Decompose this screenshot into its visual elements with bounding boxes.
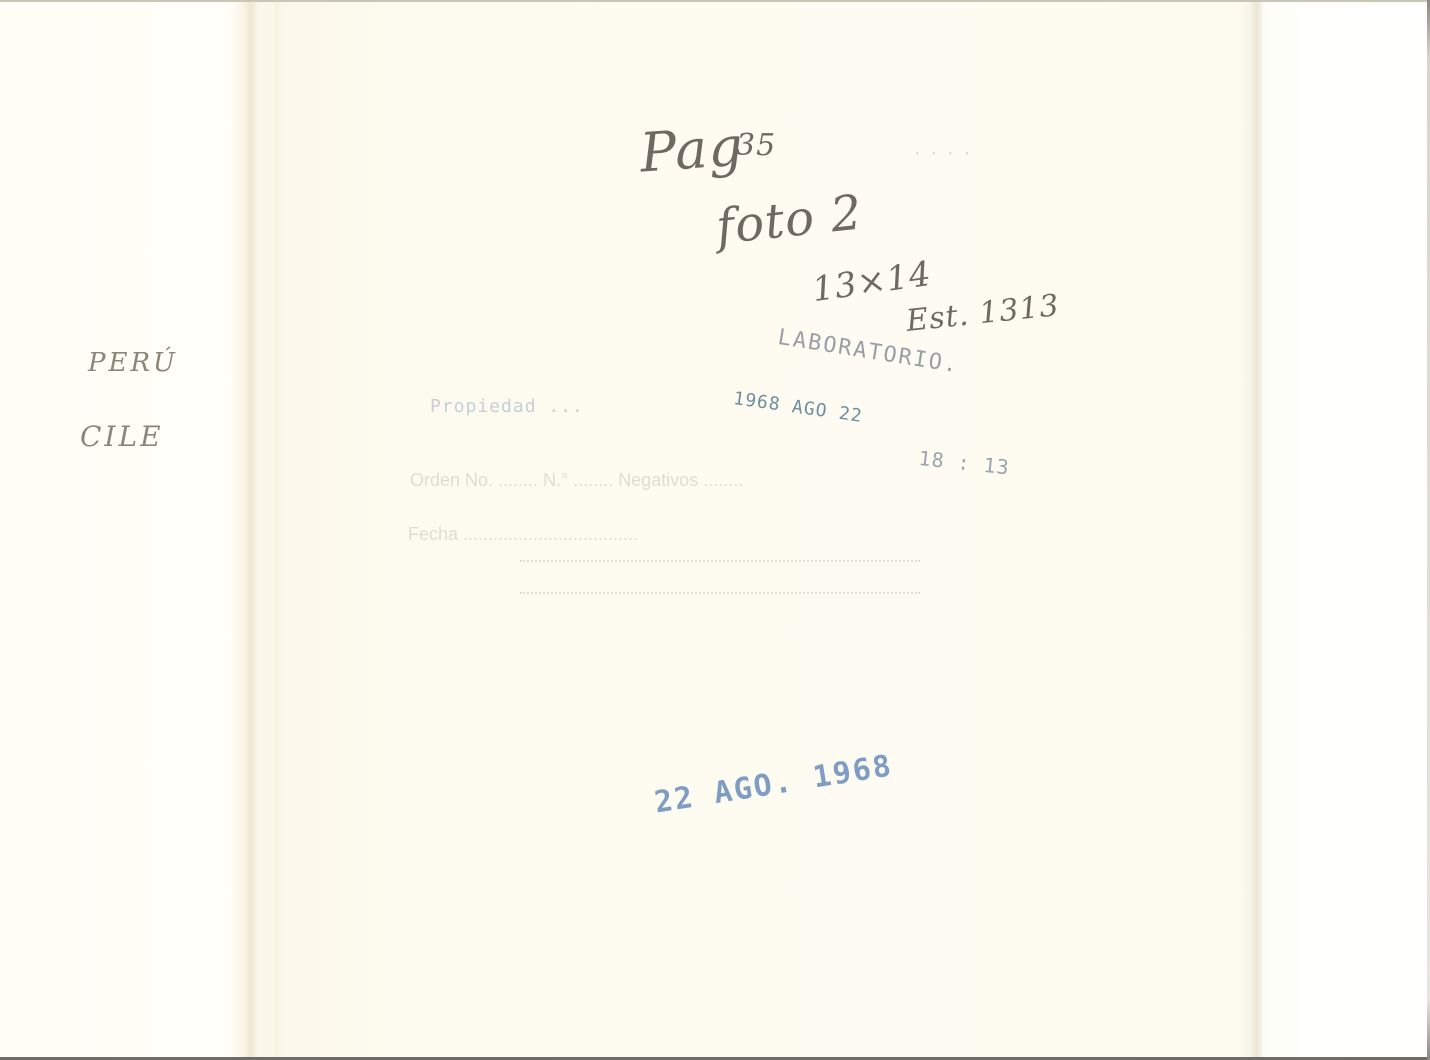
fold-line-left [244,0,258,1060]
fold-line-right [1250,0,1264,1060]
handwritten-country-peru: PERÚ [88,348,178,378]
faded-stamp-line [520,592,920,596]
handwritten-page-label: Pag [638,114,746,184]
faded-stamp-header: Propiedad ... [430,396,584,417]
top-edge [0,0,1430,2]
faded-stamp-row-2: Fecha ..................................… [408,524,638,545]
handwritten-page-number: 35 [736,128,776,163]
pencil-dots: · · · · [915,144,973,160]
faded-stamp-row-1: Orden No. ........ N.° ........ Negativo… [410,470,743,491]
fold-line-left-secondary [272,0,282,1060]
faded-stamp-line [520,560,920,564]
handwritten-country-cile: CILE [80,420,164,453]
